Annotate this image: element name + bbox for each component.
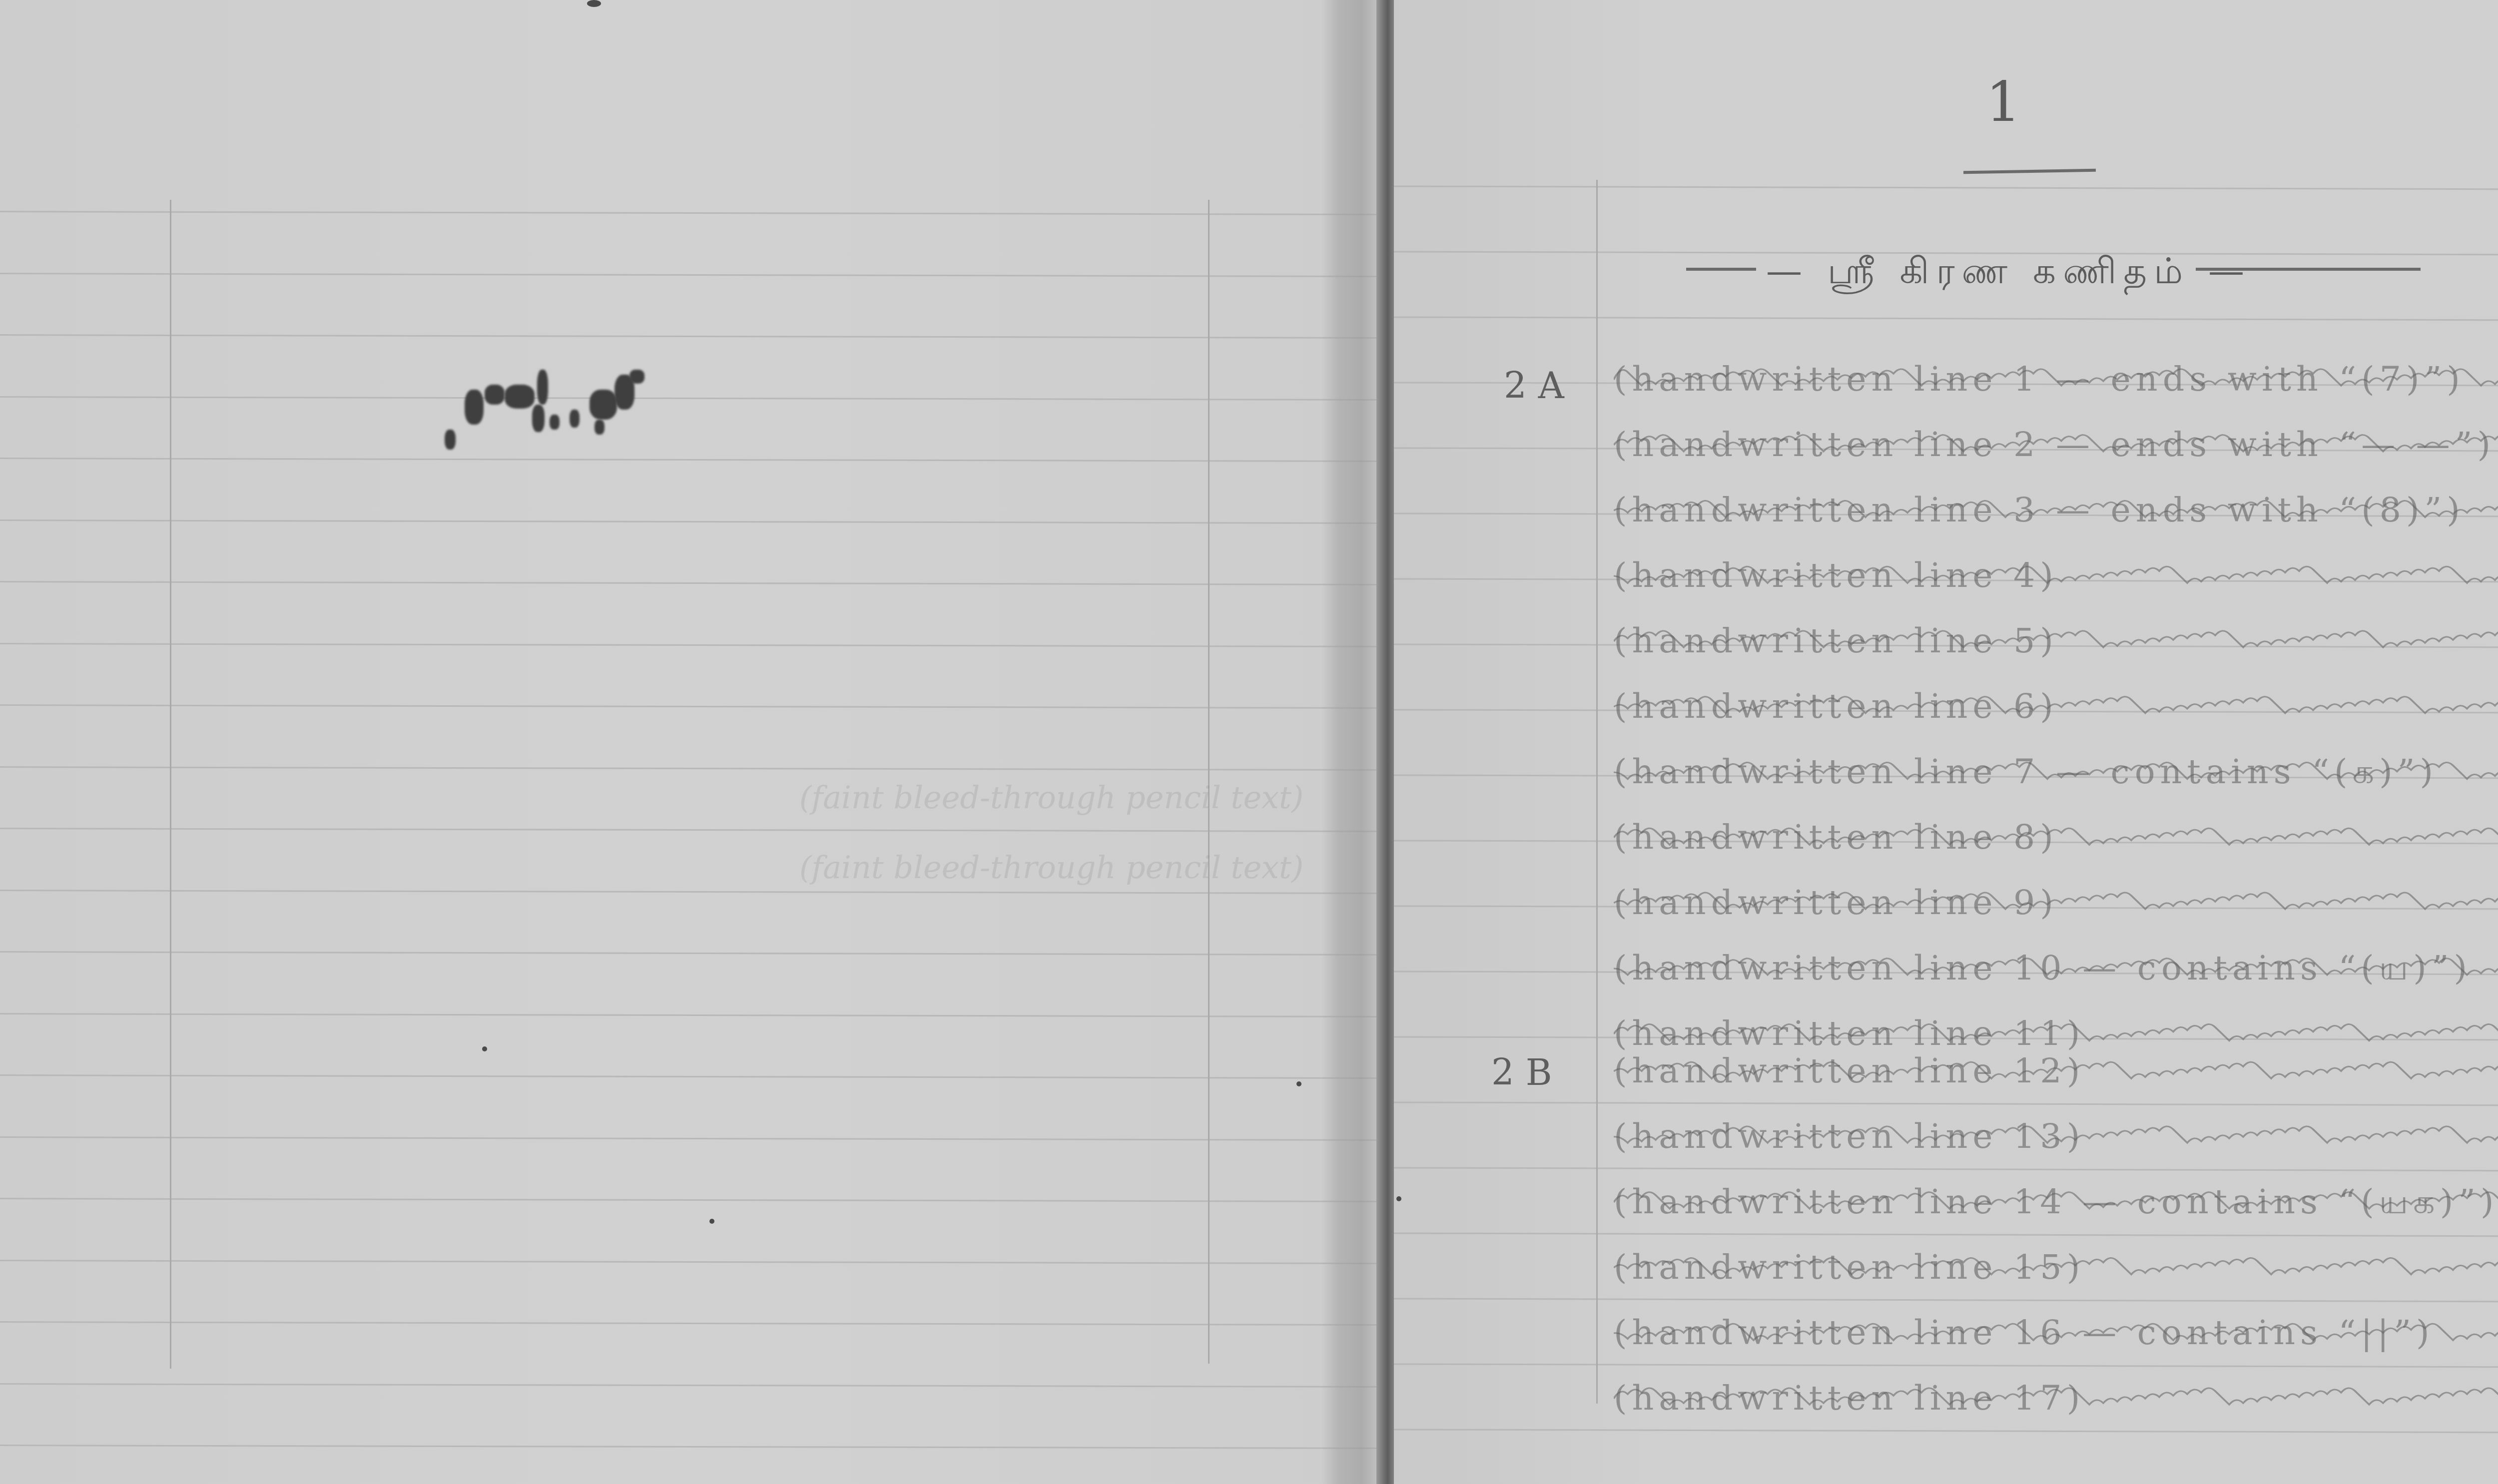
ruled-line [1394, 1167, 2498, 1172]
ruled-line [0, 334, 1379, 339]
ruled-line [0, 828, 1379, 832]
handwriting-stroke [1614, 823, 2498, 853]
title-dash-left [1686, 268, 1756, 271]
handwriting-stroke [1614, 954, 2498, 984]
ruled-line [1394, 1298, 2498, 1303]
handwriting-stroke [1614, 1187, 2498, 1217]
ruled-line [0, 1260, 1379, 1264]
page-number: 1 [1986, 70, 2021, 134]
handwriting-stroke [1614, 1384, 2498, 1414]
ruled-line [0, 890, 1379, 894]
ruled-line [0, 1013, 1379, 1017]
ruled-line [0, 519, 1379, 524]
ruled-line [0, 1445, 1379, 1449]
handwriting-stroke [1614, 1122, 2498, 1152]
page-title-text: — ஸ்ரீ கிரண கணிதம் — [1766, 250, 2251, 297]
ink-spot [482, 1046, 487, 1051]
handwriting-stroke [1614, 561, 2498, 591]
left-margin-line [1596, 180, 1598, 1404]
water-stain [1321, 0, 1379, 1484]
ruled-line [1394, 1429, 2498, 1434]
section-label: 2 A [1504, 365, 1564, 407]
ruled-line [0, 211, 1379, 215]
left-page: ■■.■.■ (faint bleed-through pencil text)… [0, 0, 1379, 1484]
ink-spot [1396, 1196, 1401, 1201]
ruled-line [0, 273, 1379, 277]
ink-stamp: ■■.■.■ [445, 370, 804, 455]
ruled-line [0, 581, 1379, 585]
handwriting-stroke [1614, 430, 2498, 460]
ruled-line [0, 1198, 1379, 1202]
ink-spot [1296, 1081, 1301, 1086]
ruled-line [0, 951, 1379, 956]
handwriting-stroke [1614, 365, 2498, 395]
ruled-line [0, 1321, 1379, 1326]
ruled-line [0, 1136, 1379, 1141]
left-margin-line [170, 200, 171, 1369]
faint-pencil-line: (faint bleed-through pencil text) [799, 849, 1303, 886]
ruled-line [1394, 1232, 2498, 1237]
handwriting-stroke [1614, 692, 2498, 722]
handwriting-stroke [1614, 1019, 2498, 1049]
ruled-line [1394, 316, 2498, 321]
ruled-line [1394, 185, 2498, 190]
title-dash-right [2196, 268, 2421, 271]
ruled-line [0, 1383, 1379, 1388]
handwriting-stroke [1614, 757, 2498, 787]
ruled-line [0, 1074, 1379, 1079]
handwriting-stroke [1614, 1318, 2498, 1348]
handwriting-stroke [1614, 626, 2498, 656]
ink-spot [709, 1219, 714, 1224]
ruled-line [0, 643, 1379, 647]
ruled-line [0, 766, 1379, 771]
page-title: — ஸ்ரீ கிரண கணிதம் — [1686, 250, 2421, 290]
ruled-line [0, 458, 1379, 462]
ruled-line [1394, 1363, 2498, 1368]
ink-spot [587, 0, 601, 7]
handwriting-stroke [1614, 1253, 2498, 1283]
ruled-line [1394, 1101, 2498, 1106]
faint-pencil-line: (faint bleed-through pencil text) [799, 779, 1303, 816]
handwriting-stroke [1614, 888, 2498, 918]
ruled-line [0, 704, 1379, 709]
book-spine [1376, 0, 1395, 1484]
handwriting-stroke [1614, 1056, 2498, 1086]
handwriting-stroke [1614, 495, 2498, 525]
section-label: 2 B [1491, 1051, 1552, 1093]
